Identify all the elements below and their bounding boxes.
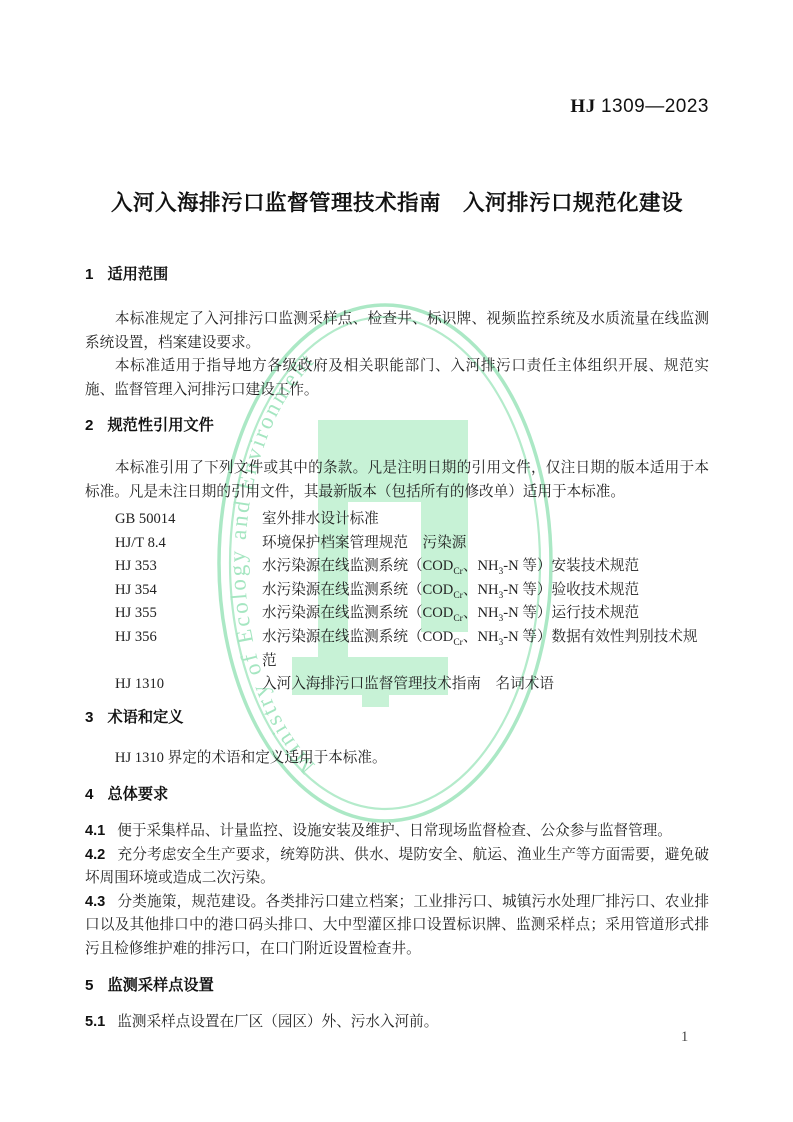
clause-number: 5.1 [85,1014,105,1030]
section-number: 1 [85,266,93,283]
reference-row: HJ 355 水污染源在线监测系统（CODCr、NH3-N 等）运行技术规范 [85,602,709,626]
reference-code: GB 50014 [115,508,262,532]
document-content: HJ 1309—2023 入河入海排污口监督管理技术指南 入河排污口规范化建设 … [0,0,793,1035]
reference-row: GB 50014 室外排水设计标准 [85,508,709,532]
reference-title: 水污染源在线监测系统（CODCr、NH3-N 等）验收技术规范 [262,579,709,603]
paragraph: 本标准规定了入河排污口监测采样点、检查井、标识牌、视频监控系统及水质流量在线监测… [85,308,709,355]
reference-row: HJ 353 水污染源在线监测系统（CODCr、NH3-N 等）安装技术规范 [85,555,709,579]
reference-code: HJ 354 [115,579,262,603]
reference-code: HJ 353 [115,555,262,579]
clause-text: 充分考虑安全生产要求，统筹防洪、供水、堤防安全、航运、渔业生产等方面需要，避免破… [85,847,709,887]
clause-4-3: 4.3分类施策，规范建设。各类排污口建立档案；工业排污口、城镇污水处理厂排污口、… [85,891,709,962]
paragraph: 本标准适用于指导地方各级政府及相关职能部门、入河排污口责任主体组织开展、规范实施… [85,355,709,402]
clause-number: 4.1 [85,823,105,839]
section-title: 术语和定义 [107,709,183,726]
reference-code: HJ 355 [115,602,262,626]
document-page: Ministry of Ecology and Environment HJ 1… [0,0,793,1122]
clause-number: 4.2 [85,847,105,863]
clause-5-1: 5.1监测采样点设置在厂区（园区）外、污水入河前。 [85,1011,709,1035]
doc-number-value: 1309—2023 [601,96,709,117]
doc-number-prefix: HJ [570,96,595,117]
reference-list: GB 50014 室外排水设计标准 HJ/T 8.4 环境保护档案管理规范 污染… [85,508,709,697]
reference-code: HJ 1310 [115,673,262,697]
page-number: 1 [681,1029,688,1046]
reference-row: HJ 354 水污染源在线监测系统（CODCr、NH3-N 等）验收技术规范 [85,579,709,603]
section-number: 5 [85,977,93,994]
paragraph: HJ 1310 界定的术语和定义适用于本标准。 [85,747,709,771]
clause-4-2: 4.2充分考虑安全生产要求，统筹防洪、供水、堤防安全、航运、渔业生产等方面需要，… [85,844,709,891]
reference-code: HJ/T 8.4 [115,532,262,556]
section-title: 监测采样点设置 [107,977,213,994]
document-title: 入河入海排污口监督管理技术指南 入河排污口规范化建设 [85,188,709,218]
section-number: 2 [85,417,93,434]
reference-code: HJ 356 [115,626,262,673]
clause-4-1: 4.1便于采集样品、计量监控、设施安装及维护、日常现场监督检查、公众参与监督管理… [85,820,709,844]
section-4-heading: 4总体要求 [85,784,709,806]
section-title: 规范性引用文件 [107,417,213,434]
doc-number: HJ 1309—2023 [85,0,709,118]
reference-title: 环境保护档案管理规范 污染源 [262,532,709,556]
clause-text: 便于采集样品、计量监控、设施安装及维护、日常现场监督检查、公众参与监督管理。 [117,823,672,839]
section-2-heading: 2规范性引用文件 [85,415,709,437]
reference-row: HJ 1310 入河入海排污口监督管理技术指南 名词术语 [85,673,709,697]
clause-text: 分类施策，规范建设。各类排污口建立档案；工业排污口、城镇污水处理厂排污口、农业排… [85,894,709,957]
section-1-heading: 1适用范围 [85,264,709,286]
reference-title: 水污染源在线监测系统（CODCr、NH3-N 等）安装技术规范 [262,555,709,579]
section-number: 4 [85,786,93,803]
section-title: 总体要求 [107,786,168,803]
reference-title: 水污染源在线监测系统（CODCr、NH3-N 等）运行技术规范 [262,602,709,626]
section-5-heading: 5监测采样点设置 [85,975,709,997]
section-title: 适用范围 [107,266,168,283]
reference-title: 入河入海排污口监督管理技术指南 名词术语 [262,673,709,697]
reference-title: 室外排水设计标准 [262,508,709,532]
reference-row: HJ/T 8.4 环境保护档案管理规范 污染源 [85,532,709,556]
paragraph: 本标准引用了下列文件或其中的条款。凡是注明日期的引用文件，仅注日期的版本适用于本… [85,457,709,504]
reference-title: 水污染源在线监测系统（CODCr、NH3-N 等）数据有效性判别技术规范 [262,626,709,673]
section-number: 3 [85,709,93,726]
clause-number: 4.3 [85,894,105,910]
clause-text: 监测采样点设置在厂区（园区）外、污水入河前。 [117,1014,438,1030]
reference-row: HJ 356 水污染源在线监测系统（CODCr、NH3-N 等）数据有效性判别技… [85,626,709,673]
section-3-heading: 3术语和定义 [85,707,709,729]
